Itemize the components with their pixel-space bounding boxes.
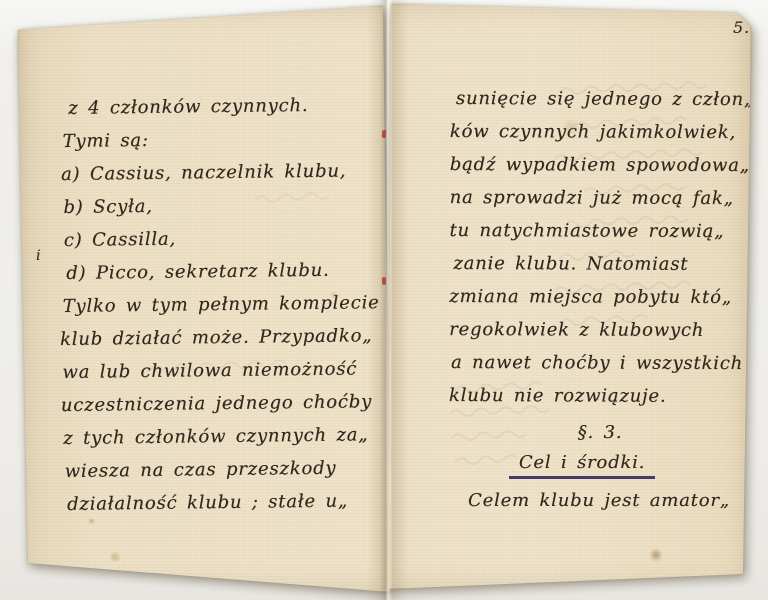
foxing-spot xyxy=(648,549,664,561)
handwritten-line: klubu nie rozwiązuje. xyxy=(449,379,753,413)
handwritten-line: sunięcie się jednego z człon„ xyxy=(456,82,754,116)
handwritten-line: bądź wypadkiem spowodowa„ xyxy=(450,148,754,182)
manuscript-scan: 4. i z 4 członków czynnych. Tymi są: a) … xyxy=(0,0,768,600)
handwritten-line: tu natychmiastowe rozwią„ xyxy=(449,214,753,248)
section-heading-underlined: Cel i środki. xyxy=(509,452,655,479)
handwritten-line: ków czynnych jakimkolwiek, xyxy=(450,115,754,149)
closing-line: Celem klubu jest amator„ xyxy=(468,490,730,511)
binding-stitch-thread xyxy=(382,130,387,138)
handwritten-line: zanie klubu. Natomiast xyxy=(453,247,753,281)
handwritten-line: zmiana miejsca pobytu któ„ xyxy=(449,280,753,314)
section-heading-wrap: Cel i środki. xyxy=(492,452,672,479)
handwritten-line: na sprowadzi już mocą fak„ xyxy=(450,181,754,215)
binding-stitch-thread xyxy=(382,277,386,285)
handwritten-line: a nawet choćby i wszystkich xyxy=(451,346,753,380)
section-number: §. 3. xyxy=(520,422,680,443)
page-right: 5. sunięcie się jednego z człon„ ków czy… xyxy=(0,0,768,600)
page-number-right: 5. xyxy=(733,18,750,37)
handwritten-line: regokolwiek z klubowych xyxy=(449,313,753,347)
right-page-text: sunięcie się jednego z człon„ ków czynny… xyxy=(449,82,754,413)
right-page-shadow: 5. sunięcie się jednego z człon„ ków czy… xyxy=(0,0,768,600)
